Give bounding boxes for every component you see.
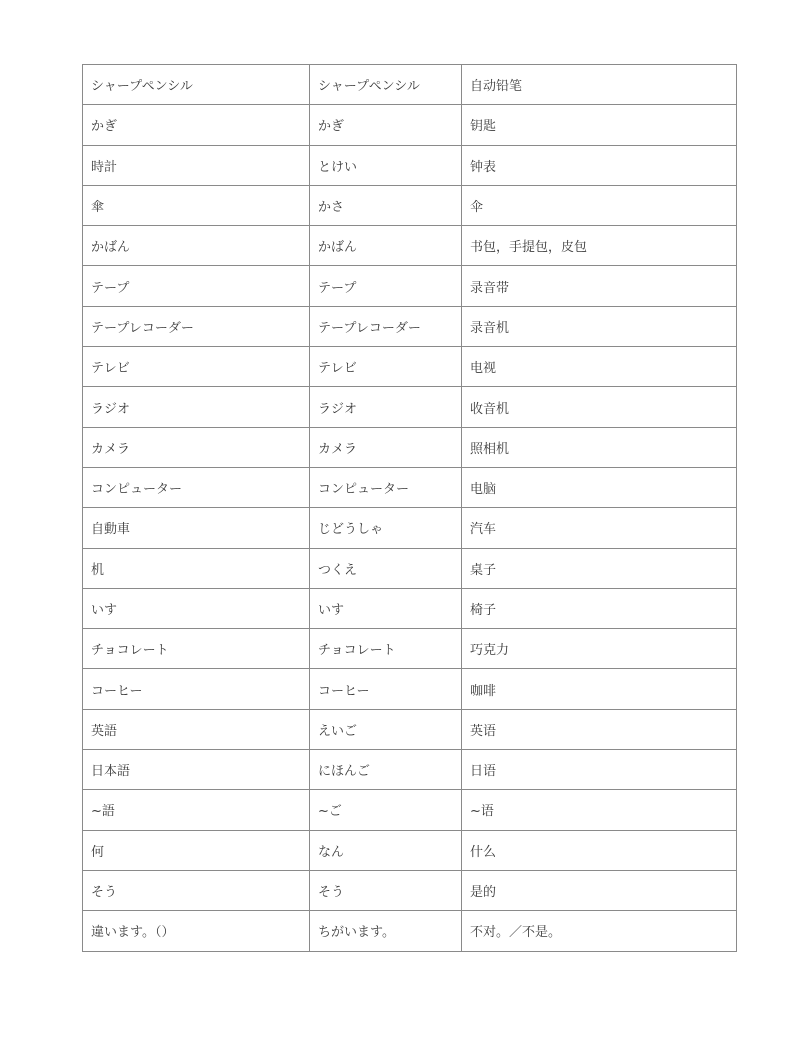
table-row: 自動車じどうしゃ汽车 <box>83 508 737 548</box>
reading-cell: テープ <box>310 266 462 306</box>
chinese-meaning-cell: 桌子 <box>462 548 737 588</box>
table-row: テレビテレビ电视 <box>83 347 737 387</box>
reading-cell: つくえ <box>310 548 462 588</box>
chinese-meaning-cell: 不对。／不是。 <box>462 911 737 951</box>
chinese-meaning-cell: ~语 <box>462 790 737 830</box>
table-row: 日本語にほんご日语 <box>83 750 737 790</box>
reading-cell: ~ご <box>310 790 462 830</box>
kanji-cell: 机 <box>83 548 310 588</box>
reading-cell: カメラ <box>310 427 462 467</box>
kanji-cell: 時計 <box>83 145 310 185</box>
chinese-meaning-cell: 日语 <box>462 750 737 790</box>
chinese-meaning-cell: 咖啡 <box>462 669 737 709</box>
reading-cell: ちがいます。 <box>310 911 462 951</box>
kanji-cell: テレビ <box>83 347 310 387</box>
reading-cell: コンピューター <box>310 467 462 507</box>
vocabulary-table-body: シャープペンシルシャープペンシル自动铅笔かぎかぎ钥匙時計とけい钟表傘かさ伞かばん… <box>83 65 737 952</box>
kanji-cell: ~語 <box>83 790 310 830</box>
reading-cell: テレビ <box>310 347 462 387</box>
kanji-cell: 英語 <box>83 709 310 749</box>
table-row: かばんかばん书包，手提包，皮包 <box>83 226 737 266</box>
kanji-cell: コーヒー <box>83 669 310 709</box>
kanji-cell: 傘 <box>83 185 310 225</box>
reading-cell: シャープペンシル <box>310 65 462 105</box>
table-row: ~語~ご~语 <box>83 790 737 830</box>
table-row: ラジオラジオ收音机 <box>83 387 737 427</box>
chinese-meaning-cell: 钟表 <box>462 145 737 185</box>
chinese-meaning-cell: 汽车 <box>462 508 737 548</box>
chinese-meaning-cell: 什么 <box>462 830 737 870</box>
kanji-cell: 自動車 <box>83 508 310 548</box>
table-row: 傘かさ伞 <box>83 185 737 225</box>
kanji-cell: チョコレート <box>83 629 310 669</box>
reading-cell: とけい <box>310 145 462 185</box>
reading-cell: じどうしゃ <box>310 508 462 548</box>
chinese-meaning-cell: 伞 <box>462 185 737 225</box>
reading-cell: かばん <box>310 226 462 266</box>
table-row: 違います。（）ちがいます。不对。／不是。 <box>83 911 737 951</box>
kanji-cell: ラジオ <box>83 387 310 427</box>
table-row: テープレコーダーテープレコーダー录音机 <box>83 306 737 346</box>
reading-cell: そう <box>310 870 462 910</box>
table-row: 何なん什么 <box>83 830 737 870</box>
reading-cell: えいご <box>310 709 462 749</box>
vocabulary-table: シャープペンシルシャープペンシル自动铅笔かぎかぎ钥匙時計とけい钟表傘かさ伞かばん… <box>82 64 737 952</box>
table-row: 時計とけい钟表 <box>83 145 737 185</box>
kanji-cell: コンピューター <box>83 467 310 507</box>
table-row: チョコレートチョコレート巧克力 <box>83 629 737 669</box>
chinese-meaning-cell: 录音机 <box>462 306 737 346</box>
kanji-cell: テープレコーダー <box>83 306 310 346</box>
reading-cell: チョコレート <box>310 629 462 669</box>
chinese-meaning-cell: 收音机 <box>462 387 737 427</box>
table-row: コーヒーコーヒー咖啡 <box>83 669 737 709</box>
reading-cell: いす <box>310 588 462 628</box>
table-row: かぎかぎ钥匙 <box>83 105 737 145</box>
reading-cell: かさ <box>310 185 462 225</box>
reading-cell: ラジオ <box>310 387 462 427</box>
chinese-meaning-cell: 椅子 <box>462 588 737 628</box>
kanji-cell: かぎ <box>83 105 310 145</box>
table-row: 机つくえ桌子 <box>83 548 737 588</box>
chinese-meaning-cell: 巧克力 <box>462 629 737 669</box>
table-row: テープテープ录音带 <box>83 266 737 306</box>
kanji-cell: カメラ <box>83 427 310 467</box>
table-row: 英語えいご英语 <box>83 709 737 749</box>
kanji-cell: テープ <box>83 266 310 306</box>
kanji-cell: いす <box>83 588 310 628</box>
chinese-meaning-cell: 电脑 <box>462 467 737 507</box>
chinese-meaning-cell: 书包，手提包，皮包 <box>462 226 737 266</box>
chinese-meaning-cell: 电视 <box>462 347 737 387</box>
reading-cell: にほんご <box>310 750 462 790</box>
kanji-cell: かばん <box>83 226 310 266</box>
table-row: シャープペンシルシャープペンシル自动铅笔 <box>83 65 737 105</box>
kanji-cell: 何 <box>83 830 310 870</box>
reading-cell: コーヒー <box>310 669 462 709</box>
chinese-meaning-cell: 录音带 <box>462 266 737 306</box>
table-row: そうそう是的 <box>83 870 737 910</box>
chinese-meaning-cell: 自动铅笔 <box>462 65 737 105</box>
reading-cell: かぎ <box>310 105 462 145</box>
kanji-cell: 日本語 <box>83 750 310 790</box>
chinese-meaning-cell: 钥匙 <box>462 105 737 145</box>
table-row: カメラカメラ照相机 <box>83 427 737 467</box>
reading-cell: テープレコーダー <box>310 306 462 346</box>
table-row: コンピューターコンピューター电脑 <box>83 467 737 507</box>
reading-cell: なん <box>310 830 462 870</box>
chinese-meaning-cell: 是的 <box>462 870 737 910</box>
chinese-meaning-cell: 英语 <box>462 709 737 749</box>
table-row: いすいす椅子 <box>83 588 737 628</box>
chinese-meaning-cell: 照相机 <box>462 427 737 467</box>
kanji-cell: 違います。（） <box>83 911 310 951</box>
kanji-cell: シャープペンシル <box>83 65 310 105</box>
kanji-cell: そう <box>83 870 310 910</box>
